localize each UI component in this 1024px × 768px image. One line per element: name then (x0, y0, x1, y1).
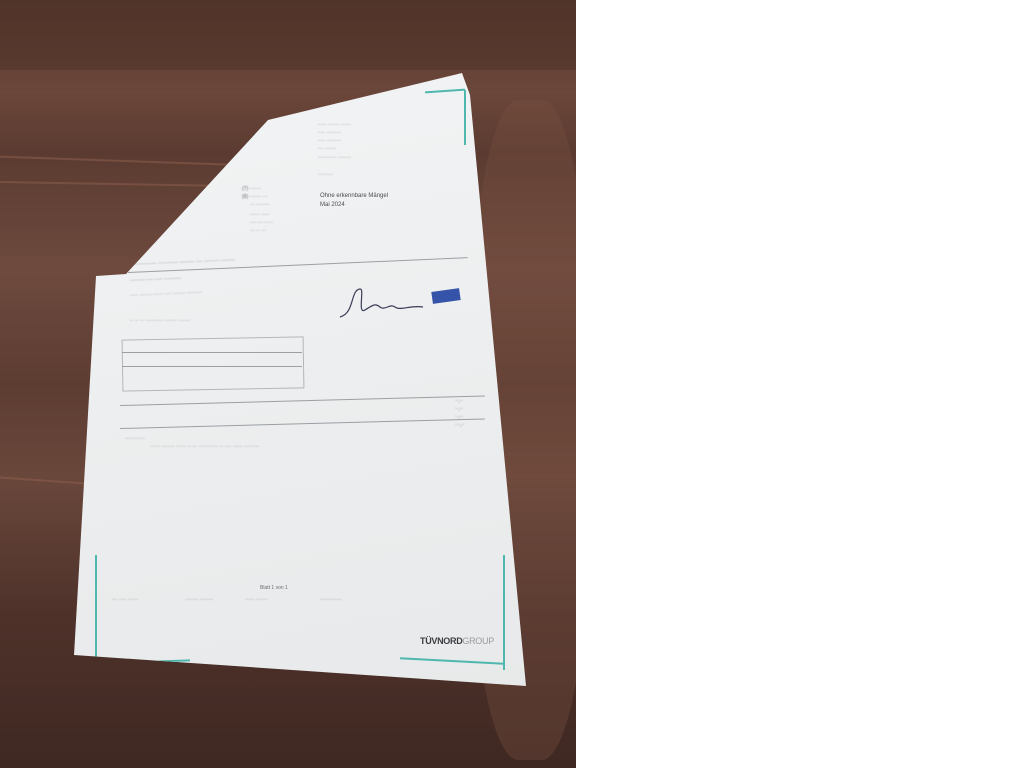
data-table (122, 336, 305, 391)
document-paper: ····· ······· ······ ···· ········· ····… (0, 0, 576, 768)
month-text: Mai 2024 (320, 202, 345, 208)
seat-seam (0, 181, 230, 187)
seat-top (0, 0, 576, 70)
tuv-nord-logo: TÜVNORDGROUP (420, 636, 494, 646)
stamp (431, 288, 460, 304)
page-number: Blatt 1 von 1 (260, 585, 288, 591)
signature (335, 285, 425, 320)
photo: ····· ······· ······ ···· ········· ····… (0, 0, 576, 768)
result-text: Ohne erkennbare Mängel (320, 193, 388, 199)
seat-seam (0, 156, 250, 167)
